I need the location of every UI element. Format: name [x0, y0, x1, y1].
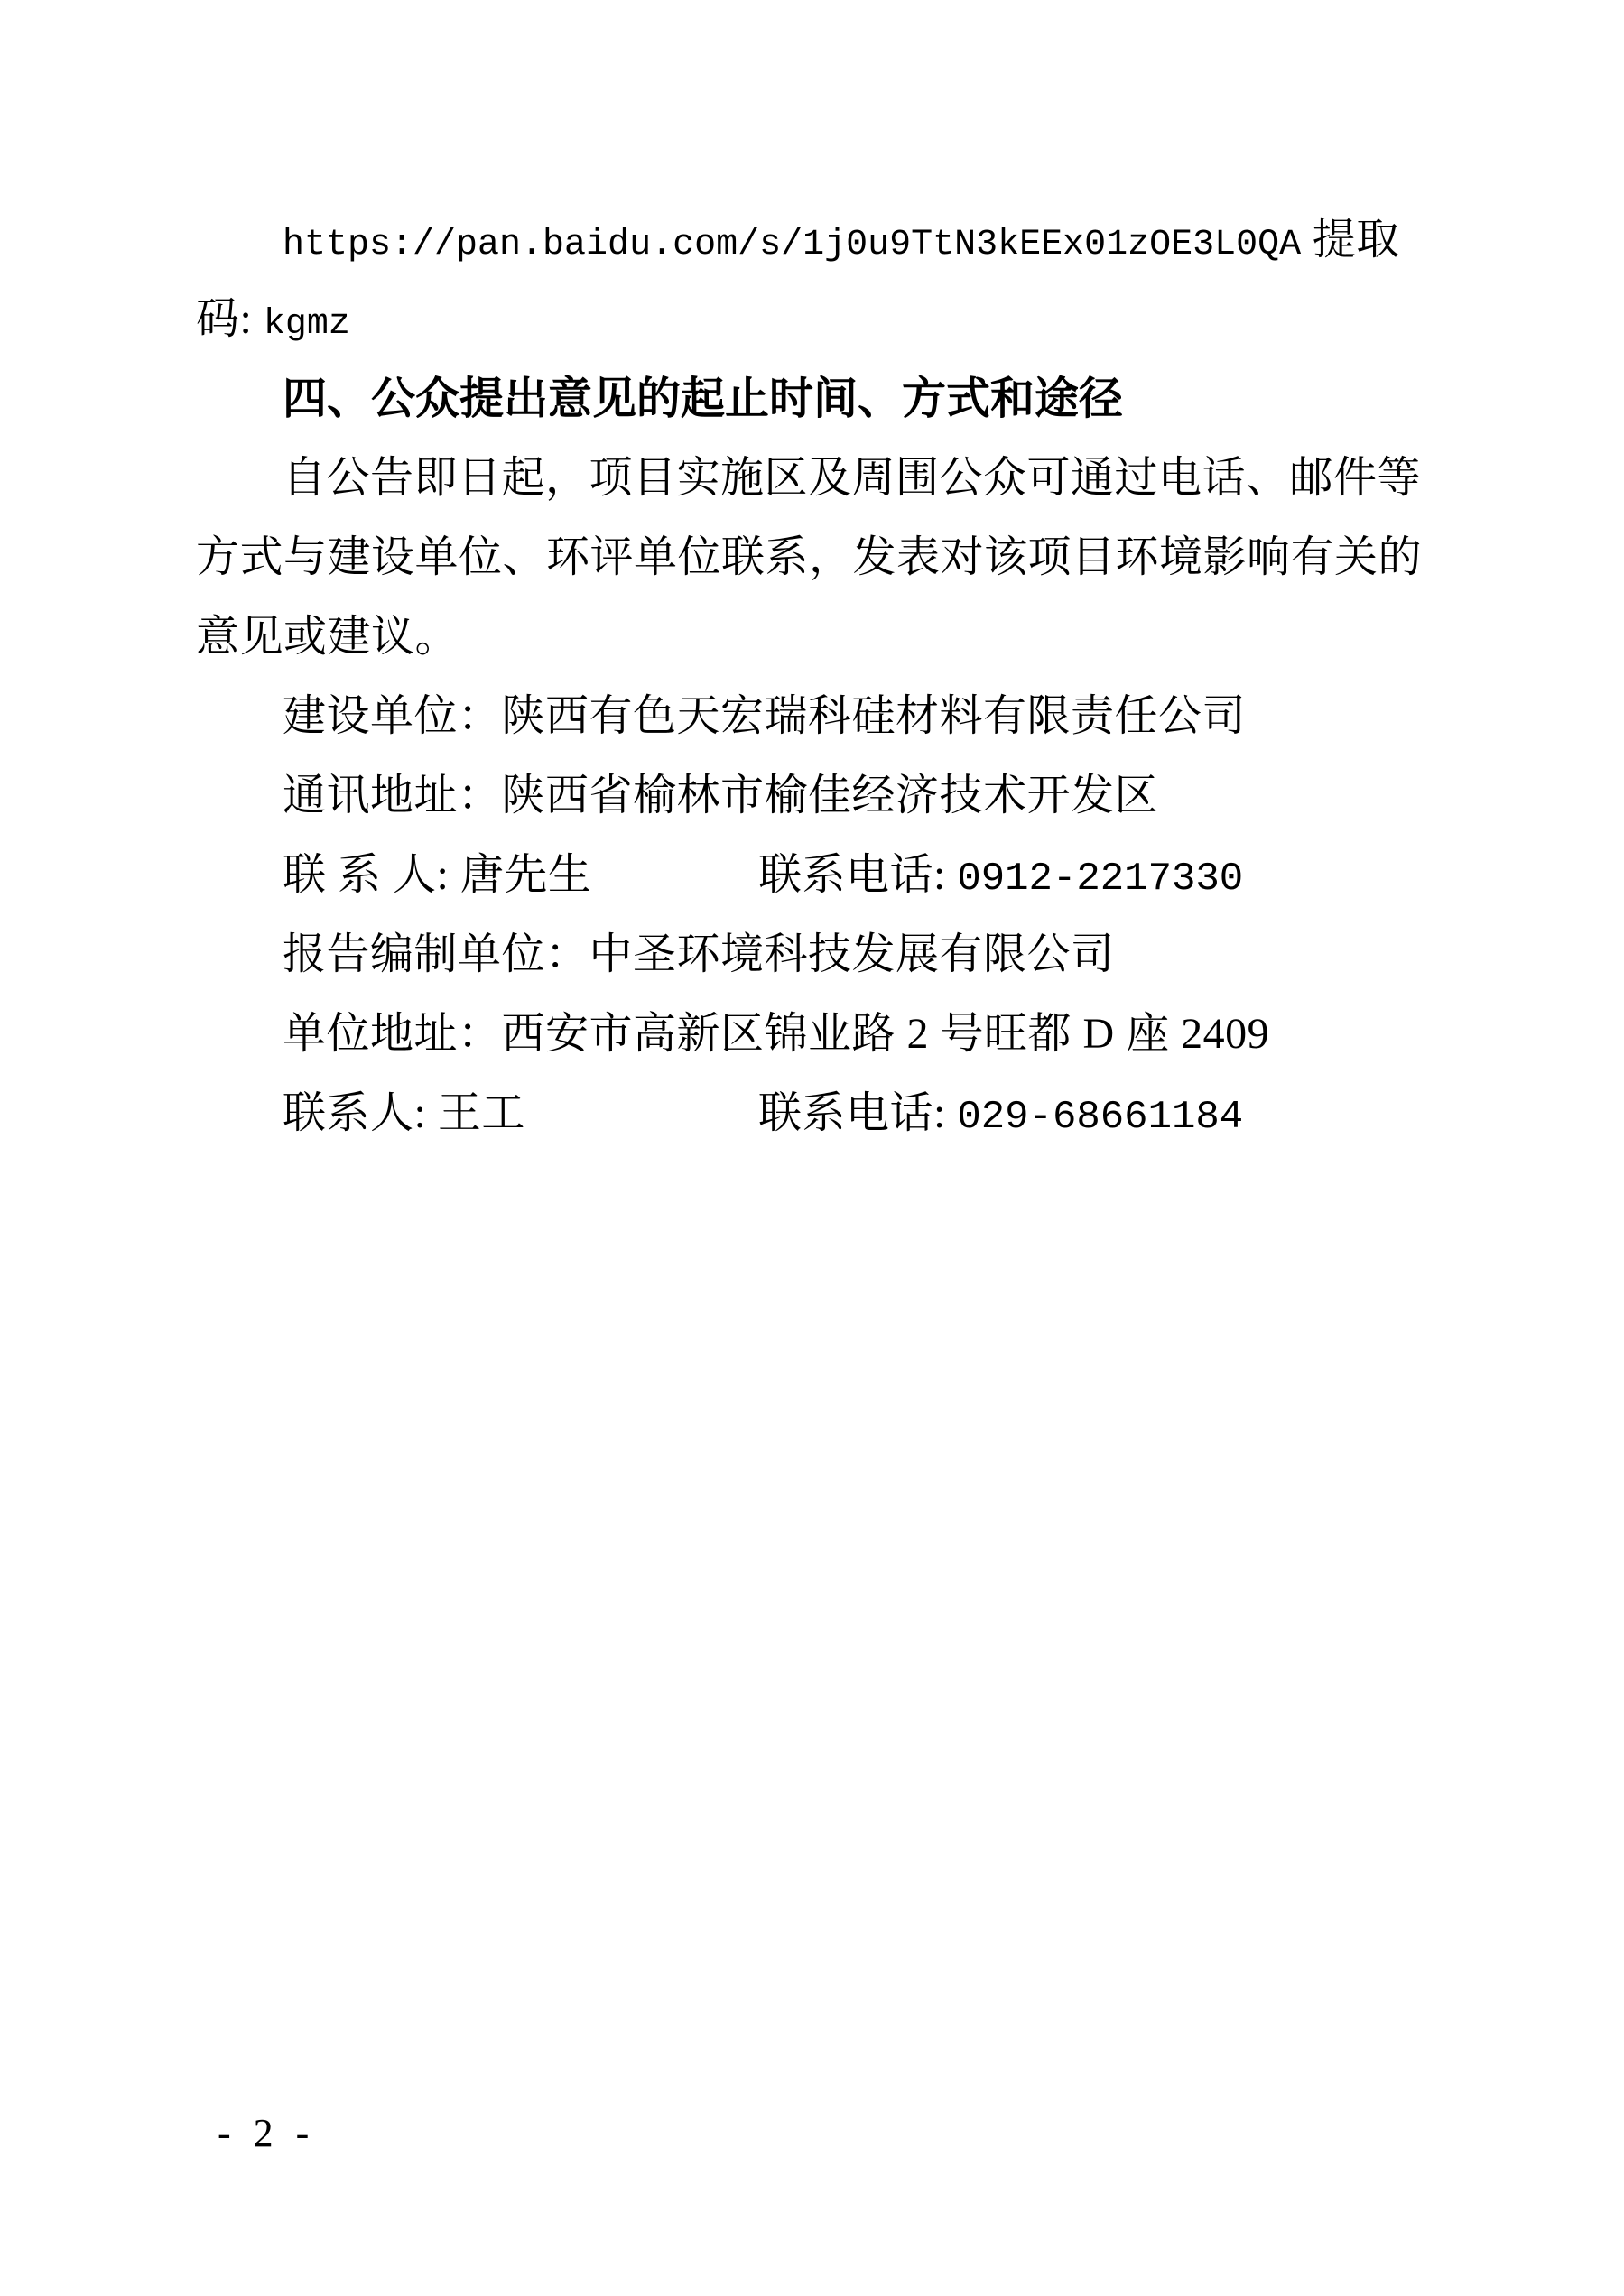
contact-person-line-1-segment-1: 联系电话: — [758, 851, 957, 899]
unit-address-line: 单位地址：西安市高新区锦业路 2 号旺都 D 座 2409 — [196, 995, 1428, 1074]
section-four-heading: 四、公众提出意见的起止时间、方式和途径 — [196, 359, 1428, 439]
pan-url-line: https://pan.baidu.com/s/1j0u9TtN3kEEx01z… — [196, 200, 1428, 280]
contact-person-line-1-group-1: 联系电话: 0912-2217330 — [758, 836, 1243, 919]
extraction-code-line: 码: kgmz — [196, 280, 1428, 359]
construction-unit-line-segment-0: 建设单位：陕西有色天宏瑞科硅材料有限责任公司 — [283, 692, 1246, 740]
contact-person-line-1-segment-2: 0912-2217330 — [957, 856, 1243, 902]
construction-unit-line: 建设单位：陕西有色天宏瑞科硅材料有限责任公司 — [196, 677, 1428, 756]
document-body: https://pan.baidu.com/s/1j0u9TtN3kEEx01z… — [196, 200, 1428, 1153]
paragraph-line-2: 方式与建设单位、环评单位联系，发表对该项目环境影响有关的 — [196, 518, 1428, 597]
extraction-code-line-segment-0: 码: — [196, 295, 264, 343]
report-unit-line: 报告编制单位：中圣环境科技发展有限公司 — [196, 915, 1428, 995]
pan-url-line-segment-0: https://pan.baidu.com/s/1j0u9TtN3kEEx01z… — [283, 225, 1301, 265]
pan-url-line-segment-1: 提取 — [1301, 216, 1400, 264]
extraction-code-line-segment-1: kgmz — [264, 304, 350, 345]
paragraph-line-2-segment-0: 方式与建设单位、环评单位联系，发表对该项目环境影响有关的 — [196, 533, 1422, 581]
contact-person-line-2-segment-0: 联系人: 王工 — [283, 1089, 525, 1137]
page-number: - 2 - — [218, 2110, 315, 2156]
unit-address-line-segment-0: 单位地址：西安市高新区锦业路 2 号旺都 D 座 2409 — [283, 1010, 1269, 1058]
paragraph-line-3-segment-0: 意见或建议。 — [196, 613, 459, 661]
paragraph-line-1: 自公告即日起，项目实施区及周围公众可通过电话、邮件等 — [196, 439, 1428, 518]
contact-person-line-2-segment-1: 联系电话: — [758, 1089, 957, 1137]
contact-person-line-1: 联 系 人: 唐先生联系电话: 0912-2217330 — [196, 836, 1428, 915]
section-four-heading-segment-0: 四、公众提出意见的起止时间、方式和途径 — [283, 375, 1123, 423]
contact-person-line-2-segment-2: 029-68661184 — [957, 1095, 1243, 1140]
report-unit-line-segment-0: 报告编制单位：中圣环境科技发展有限公司 — [283, 930, 1115, 978]
mailing-address-line-segment-0: 通讯地址：陕西省榆林市榆佳经济技术开发区 — [283, 772, 1158, 819]
contact-person-line-2: 联系人: 王工联系电话: 029-68661184 — [196, 1074, 1428, 1153]
document-page: https://pan.baidu.com/s/1j0u9TtN3kEEx01z… — [0, 0, 1624, 2296]
paragraph-line-3: 意见或建议。 — [196, 597, 1428, 677]
paragraph-line-1-segment-0: 自公告即日起，项目实施区及周围公众可通过电话、邮件等 — [283, 454, 1421, 502]
mailing-address-line: 通讯地址：陕西省榆林市榆佳经济技术开发区 — [196, 756, 1428, 836]
contact-person-line-2-group-1: 联系电话: 029-68661184 — [758, 1074, 1243, 1157]
contact-person-line-1-segment-0: 联 系 人: 唐先生 — [283, 851, 591, 899]
